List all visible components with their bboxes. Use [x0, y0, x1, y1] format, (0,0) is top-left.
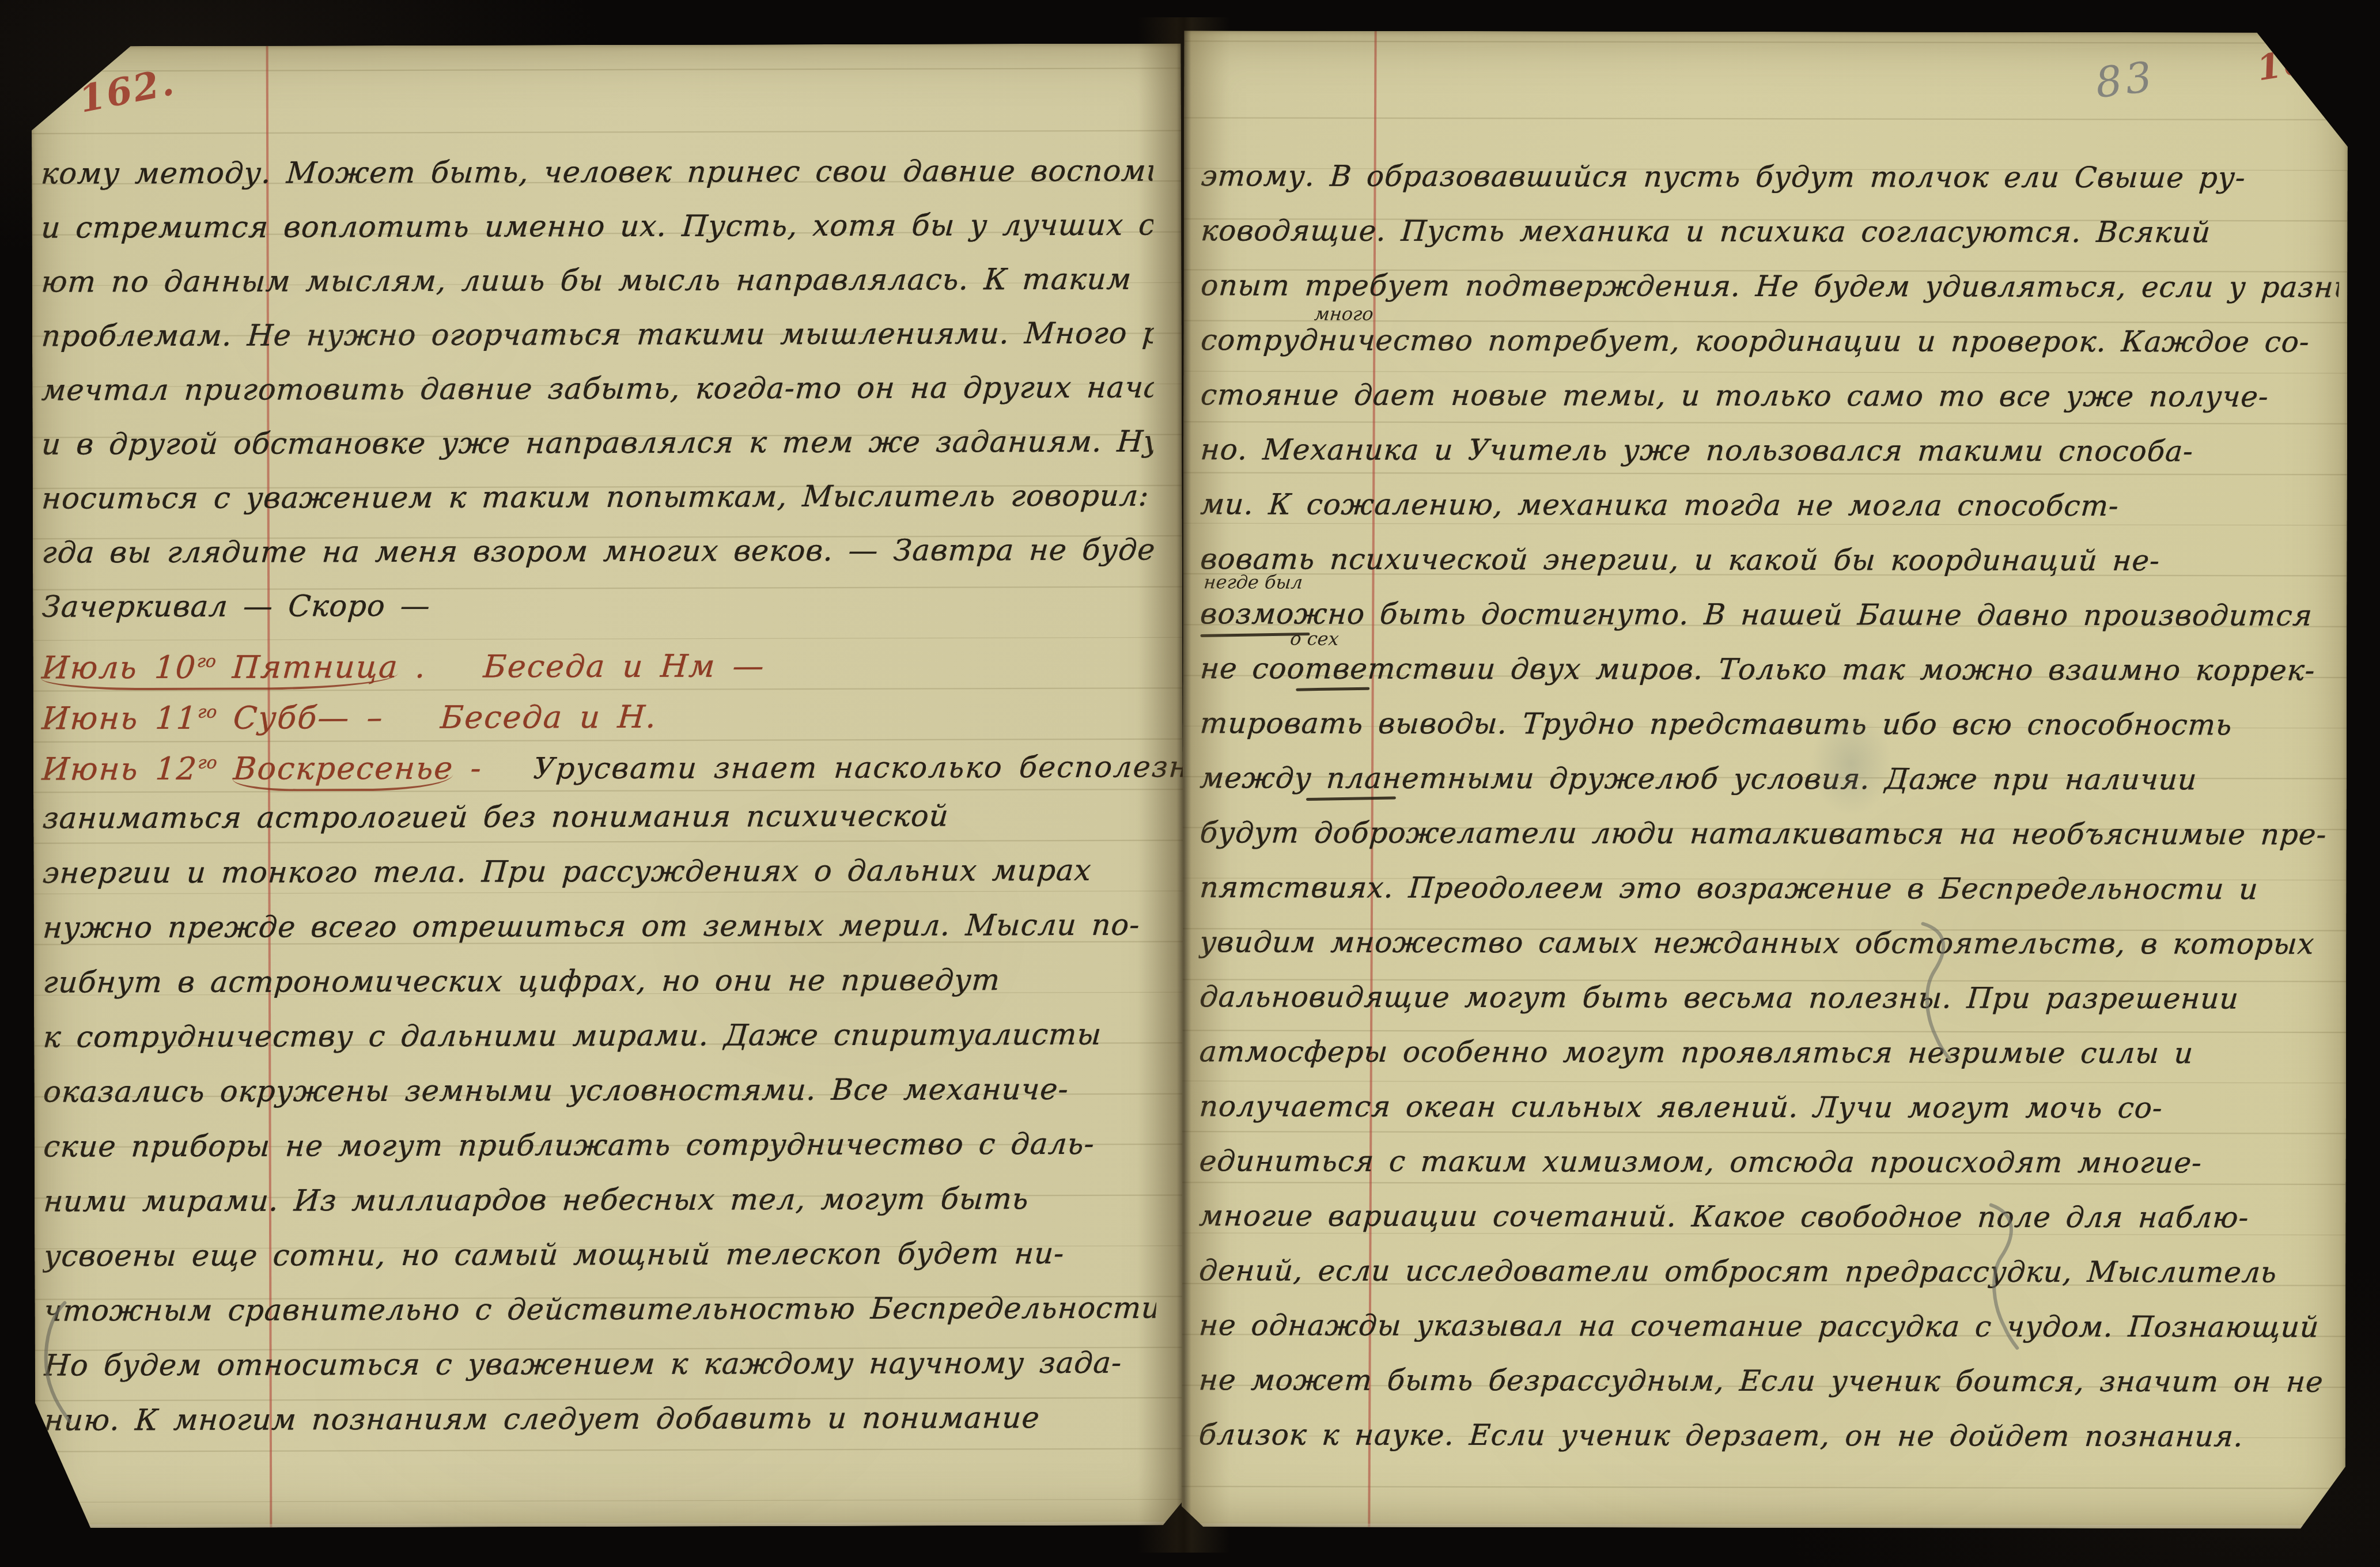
left-text-block-1: кому методу. Может быть, человек принес …: [41, 145, 1154, 635]
handwritten-line: близок к науке. Если ученик дерзает, он …: [1197, 1407, 2339, 1464]
handwritten-line: ские приборы не могут приближать сотрудн…: [41, 1117, 1157, 1175]
handwritten-line: не однажды указывал на сочетание рассудк…: [1197, 1298, 2339, 1354]
handwritten-line: получается океан сильных явлений. Лучи м…: [1198, 1079, 2340, 1135]
entry-date: Июль 10: [41, 649, 198, 686]
entry-date-day: Июнь 12го Воскресенье: [41, 750, 455, 788]
handwritten-line: дальновидящие могут быть весьма полезны.…: [1198, 970, 2340, 1026]
notebook-scan: 162. кому методу. Может быть, человек пр…: [0, 0, 2380, 1567]
handwritten-line: не может быть безрассудным, Если ученик …: [1197, 1353, 2339, 1409]
handwritten-line: нию. К многим познаниям следует добавить…: [43, 1391, 1158, 1448]
entry-day: Субб—: [232, 699, 351, 736]
entry-separator: –: [366, 699, 385, 736]
entry-ordinal: го: [196, 652, 217, 672]
handwritten-line: и стремится воплотить именно их. Пусть, …: [39, 199, 1155, 256]
date-entry: Июнь 12го Воскресенье - Урусвати знает н…: [41, 736, 1156, 789]
right-page-number: 163.: [2254, 35, 2348, 89]
handwritten-line: атмосферы особенно могут проявляться нез…: [1198, 1024, 2340, 1081]
date-entries: Июль 10го Пятница . Беседа и Нм — Июнь 1…: [42, 634, 1155, 789]
handwritten-line: проблемам. Не нужно огорчаться такими мы…: [40, 307, 1155, 364]
entry-ordinal: го: [197, 702, 218, 722]
left-page: 162. кому методу. Может быть, человек пр…: [32, 43, 1185, 1528]
entry-day: Воскресенье: [232, 750, 455, 792]
entry-day: Пятница: [231, 649, 400, 686]
inserted-word: много: [1314, 303, 1375, 325]
entry-separator: -: [470, 750, 483, 786]
handwritten-line: возможно быть достигнуто. В нашей Башне …: [1198, 586, 2340, 643]
entry-note: Беседа и Нм —: [482, 648, 766, 684]
handwritten-line: вовать психической энергии, и какой бы к…: [1198, 532, 2340, 588]
handwritten-line: дений, если исследователи отбросят предр…: [1197, 1243, 2339, 1300]
handwritten-line: ют по данным мыслям, лишь бы мысль напра…: [40, 253, 1155, 310]
inserted-word: негде был: [1203, 571, 1304, 593]
handwritten-line: ми. К сожалению, механика тогда не могла…: [1198, 477, 2340, 533]
entry-date: Июнь 11: [41, 700, 199, 737]
entry-ordinal: го: [197, 753, 218, 773]
entry-separator: .: [414, 649, 427, 685]
handwritten-line: носиться с уважением к таким попыткам, М…: [40, 470, 1156, 527]
entry-date-day: Июль 10го Пятница: [40, 649, 400, 691]
handwritten-line: гибнут в астрономических цифрах, но они …: [41, 953, 1157, 1010]
date-entry: Июль 10го Пятница . Беседа и Нм —: [40, 634, 1156, 688]
handwritten-line: к сотрудничеству с дальними мирами. Даже…: [41, 1008, 1157, 1065]
left-page-number: 162.: [75, 60, 179, 122]
right-text-block: этому. В образовавшийся пусть будут толч…: [1199, 149, 2339, 1464]
handwritten-line: ними мирами. Из миллиардов небесных тел,…: [42, 1172, 1157, 1229]
handwritten-line: этому. В образовавшийся пусть будут толч…: [1199, 149, 2341, 205]
handwritten-line: но. Механика и Учитель уже пользовался т…: [1199, 422, 2341, 479]
handwritten-line: заниматься астрологией без понимания пси…: [41, 789, 1156, 846]
date-entry: Июнь 11го Субб— – Беседа и Н.: [41, 685, 1156, 739]
inserted-word: о сех: [1289, 628, 1340, 650]
entry-date: Июнь 12: [41, 751, 199, 788]
handwritten-line: пятствиях. Преодолеем это возражение в Б…: [1198, 860, 2340, 917]
handwritten-line: стояние дает новые темы, и только само т…: [1199, 368, 2341, 424]
handwritten-line: ководящие. Пусть механика и психика согл…: [1199, 203, 2341, 260]
handwritten-line: будут доброжелатели люди наталкиваться н…: [1198, 805, 2340, 862]
handwritten-line: тировать выводы. Трудно представить ибо …: [1198, 696, 2340, 752]
handwritten-line: многие вариации сочетаний. Какое свободн…: [1197, 1189, 2339, 1245]
handwritten-line: гда вы глядите на меня взором многих век…: [40, 524, 1156, 581]
left-text-block-2: заниматься астрологией без понимания пси…: [43, 789, 1156, 1448]
handwritten-line: увидим множество самых нежданных обстоят…: [1198, 915, 2340, 971]
handwritten-line: мечтал приготовить давние забыть, когда-…: [40, 361, 1155, 418]
handwritten-line: нужно прежде всего отрешиться от земных …: [41, 898, 1156, 956]
handwritten-line: оказались окружены земными условностями.…: [41, 1062, 1157, 1120]
handwritten-line: энергии и тонкого тела. При рассуждениях…: [41, 843, 1156, 901]
entry-note-continuation: Урусвати знает насколько бесполезно: [532, 750, 1185, 786]
entry-date-day: Июнь 11го Субб—: [41, 699, 351, 736]
handwritten-line: кому методу. Может быть, человек принес …: [39, 145, 1155, 202]
handwritten-line: Зачеркивал — Скоро —: [40, 578, 1156, 635]
handwritten-line: не соответствии двух миров. Только так м…: [1198, 641, 2340, 698]
handwritten-line: и в другой обстановке уже направлялся к …: [40, 415, 1155, 472]
right-page: 163. 83 этому. В образовавшийся пусть бу…: [1182, 31, 2348, 1529]
handwritten-line: Но будем относиться с уважением к каждом…: [42, 1336, 1157, 1394]
entry-note: Беседа и Н.: [440, 699, 659, 736]
handwritten-line: единиться с таким химизмом, отсюда проис…: [1197, 1134, 2339, 1190]
handwritten-line: чтожным сравнительно с действительностью…: [42, 1281, 1157, 1339]
pencil-page-number: 83: [2093, 52, 2158, 107]
handwritten-line: усвоены еще сотни, но самый мощный телес…: [42, 1227, 1157, 1284]
